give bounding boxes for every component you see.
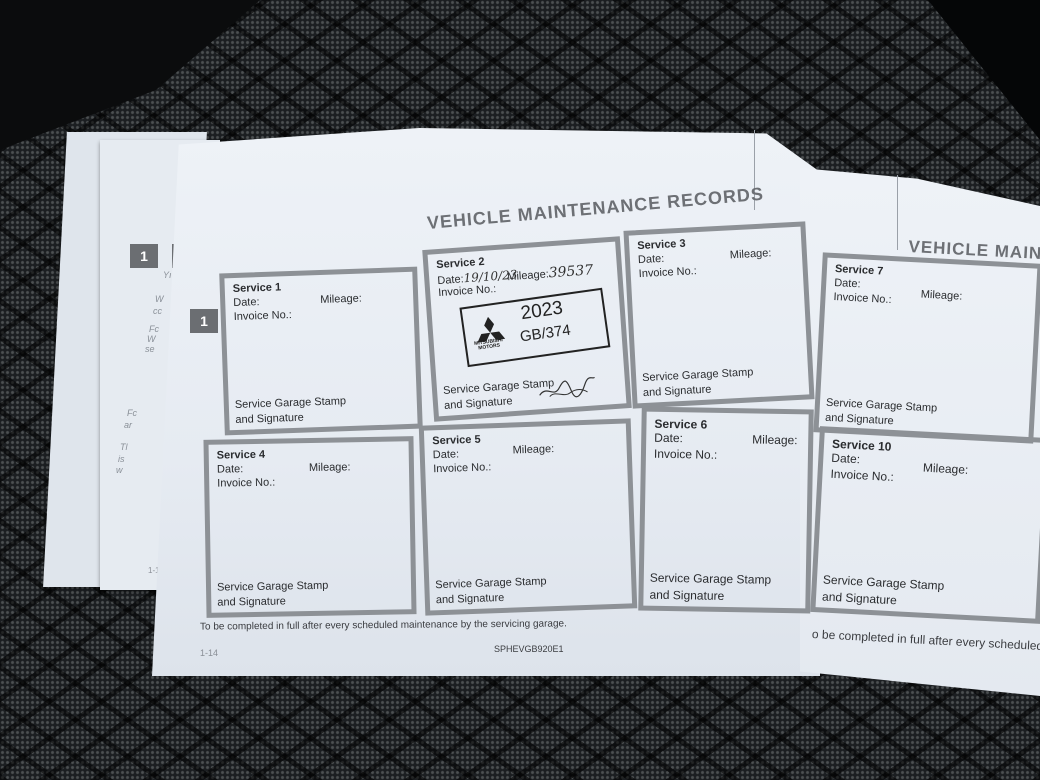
invoice-label: Invoice No.: (833, 291, 892, 306)
service-record-1: Service 1 Date: Mileage: Invoice No.: Se… (219, 267, 423, 436)
stamp-label-line1: Service Garage Stamp (217, 579, 329, 596)
stamp-signature-label: Service Garage Stamp and Signature (649, 570, 771, 606)
invoice-label: Invoice No.: (654, 447, 718, 462)
service-name: Service 4 (217, 449, 266, 462)
back-page-fragment: ar (124, 420, 132, 430)
section-tab: 1 (190, 309, 218, 333)
service-record-6: Service 6 Date: Mileage: Invoice No.: Se… (638, 407, 814, 614)
back-page-fragment: Tl (120, 442, 128, 452)
back-page-fragment: Fc (149, 324, 159, 334)
date-label: Date: (831, 451, 860, 466)
stamp-signature-label: Service Garage Stamp and Signature (235, 394, 347, 428)
service-name: Service 1 (233, 281, 282, 295)
mileage-label: Mileage: (923, 461, 969, 477)
section-tab-back-1: 1 (130, 244, 158, 268)
back-page-fragment: is (118, 454, 125, 464)
back-page-fragment: se (145, 344, 155, 354)
invoice-label: Invoice No.: (830, 467, 894, 484)
stamp-signature-label: Service Garage Stamp and Signature (822, 571, 945, 611)
stamp-label-line2: and Signature (436, 589, 548, 608)
back-page-fragment: cc (153, 306, 162, 316)
service-record-7: Service 7 Date: Mileage: Invoice No.: Se… (813, 252, 1040, 443)
mileage-field: Mileage:39537 (507, 262, 594, 284)
mileage-label: Mileage: (752, 432, 798, 447)
service-record-3: Service 3 Date: Mileage: Invoice No.: Se… (623, 221, 814, 408)
mileage-value: 39537 (548, 262, 594, 281)
service-name: Service 3 (637, 238, 686, 253)
invoice-label: Invoice No.: (217, 477, 275, 490)
stamp-signature-label: Service Garage Stamp and Signature (217, 579, 329, 611)
page-number: 1-14 (200, 648, 218, 658)
stamp-signature-label: Service Garage Stamp and Signature (435, 574, 547, 608)
date-label: Date: (654, 431, 683, 445)
stamp-signature-label: Service Garage Stamp and Signature (443, 376, 556, 414)
mileage-label: Mileage: (512, 443, 554, 456)
date-label: Date: (217, 463, 244, 475)
service-record-4: Service 4 Date: Mileage: Invoice No.: Se… (203, 436, 416, 618)
service-name: Service 5 (432, 434, 481, 448)
back-page-fragment: Fc (127, 408, 137, 418)
stamp-dealer-code: GB/374 (519, 322, 572, 346)
stamp-signature-label: Service Garage Stamp and Signature (642, 365, 755, 401)
service-name: Service 2 (436, 256, 485, 271)
stamp-label-line2: and Signature (649, 587, 771, 606)
date-label: Date: (433, 448, 460, 461)
mileage-label: Mileage: (320, 293, 362, 306)
date-label: Date: (638, 253, 665, 266)
stamp-label-line2: and Signature (235, 409, 347, 428)
date-label: Date: (834, 277, 861, 290)
stamp-label-line1: Service Garage Stamp (650, 570, 772, 589)
invoice-label: Invoice No.: (438, 283, 497, 299)
invoice-label: Invoice No.: (433, 461, 491, 475)
date-label: Date: (233, 296, 260, 309)
mileage-label: Mileage: (920, 289, 962, 303)
service-record-10: Service 10 Date: Mileage: Invoice No.: S… (810, 426, 1040, 624)
stamp-year: 2023 (519, 297, 564, 325)
service-record-5: Service 5 Date: Mileage: Invoice No.: Se… (419, 418, 638, 615)
stamp-signature-label: Service Garage Stamp and Signature (825, 396, 938, 432)
back-page-fragment: Yı (163, 270, 172, 280)
service-record-2: Service 2 Date:19/10/23 Mileage:39537 In… (422, 236, 632, 421)
back-page-fragment: W (147, 334, 156, 344)
invoice-label: Invoice No.: (234, 309, 292, 323)
invoice-label: Invoice No.: (638, 265, 697, 280)
mileage-label: Mileage: (309, 461, 351, 474)
back-page-fragment: w (116, 465, 123, 475)
back-page-fragment: W (155, 294, 164, 304)
document-code: SPHEVGB920E1 (494, 644, 564, 654)
service-name: Service 7 (835, 263, 884, 278)
mileage-label: Mileage: (507, 268, 549, 283)
dealer-stamp: MITSUBISHI MOTORS 2023 GB/374 (459, 288, 610, 367)
stamp-label-line2: and Signature (217, 594, 329, 611)
right-page-margin-line (897, 175, 898, 250)
mileage-label: Mileage: (730, 247, 772, 261)
service-name: Service 6 (654, 417, 707, 432)
